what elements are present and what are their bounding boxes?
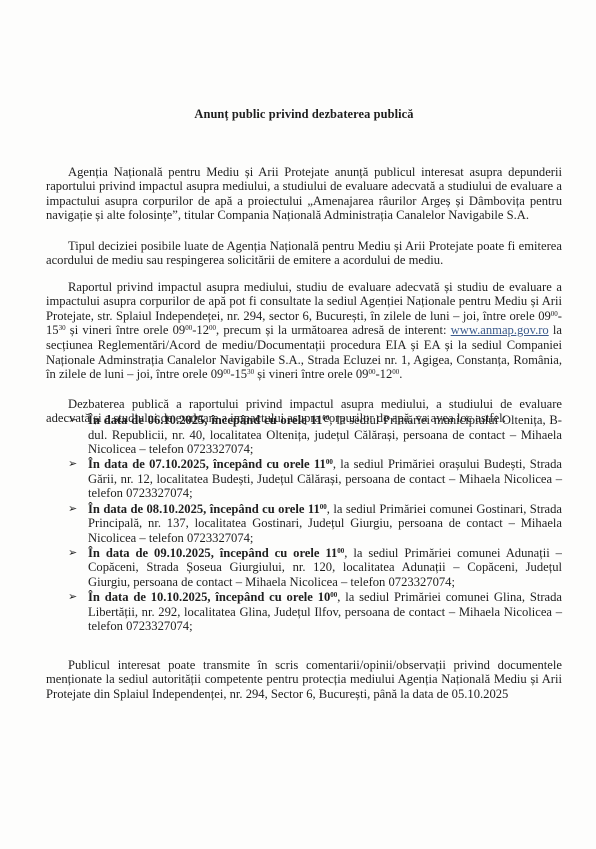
arrow-bullet-icon: ➢ <box>68 590 77 605</box>
session-item: ➢În data de 09.10.2025, începând cu orel… <box>46 546 562 590</box>
session-item: ➢În data de 10.10.2025, începând cu orel… <box>46 590 562 634</box>
text: , precum și la următoarea adresă de inte… <box>216 323 451 337</box>
document-title: Anunț public privind dezbaterea publică <box>46 107 562 122</box>
text: -12 <box>192 323 209 337</box>
text: și vineri între orele 09 <box>66 323 186 337</box>
time-sup: 30 <box>59 324 66 332</box>
arrow-bullet-icon: ➢ <box>68 502 77 517</box>
paragraph-public-comments: Publicul interesat poate transmite în sc… <box>46 658 562 702</box>
session-item: ➢În data de 06.10.2025, începând cu orel… <box>46 413 562 457</box>
time-sup: 00 <box>209 324 216 332</box>
session-item: ➢În data de 07.10.2025, începând cu orel… <box>46 457 562 501</box>
time-sup: 00 <box>326 458 333 466</box>
text: -15 <box>230 367 247 381</box>
text: Raportul privind impactul asupra mediulu… <box>46 280 562 323</box>
text: . <box>399 367 402 381</box>
session-list: ➢În data de 06.10.2025, începând cu orel… <box>46 413 562 634</box>
arrow-bullet-icon: ➢ <box>68 413 77 428</box>
paragraph-announcement: Agenția Națională pentru Mediu și Arii P… <box>46 165 562 223</box>
paragraph-consultation: Raportul privind impactul asupra mediulu… <box>46 280 562 382</box>
text: și vineri între orele 09 <box>254 367 368 381</box>
time-sup: 00 <box>320 503 327 511</box>
session-date: În data de 10.10.2025, începând cu orele… <box>88 590 330 604</box>
session-date: În data de 09.10.2025, începând cu orele… <box>88 546 337 560</box>
session-item: ➢În data de 08.10.2025, începând cu orel… <box>46 502 562 546</box>
arrow-bullet-icon: ➢ <box>68 457 77 472</box>
text: -12 <box>375 367 392 381</box>
anmap-website-link[interactable]: www.anmap.gov.ro <box>451 323 549 337</box>
session-date: În data de 07.10.2025, începând cu orele… <box>88 457 326 471</box>
arrow-bullet-icon: ➢ <box>68 546 77 561</box>
paragraph-decision-type: Tipul deciziei posibile luate de Agenția… <box>46 239 562 268</box>
session-date: În data de 06.10.2025, începând cu orele… <box>88 413 322 427</box>
session-date: În data de 08.10.2025, începând cu orele… <box>88 502 320 516</box>
time-sup: 00 <box>551 310 558 318</box>
